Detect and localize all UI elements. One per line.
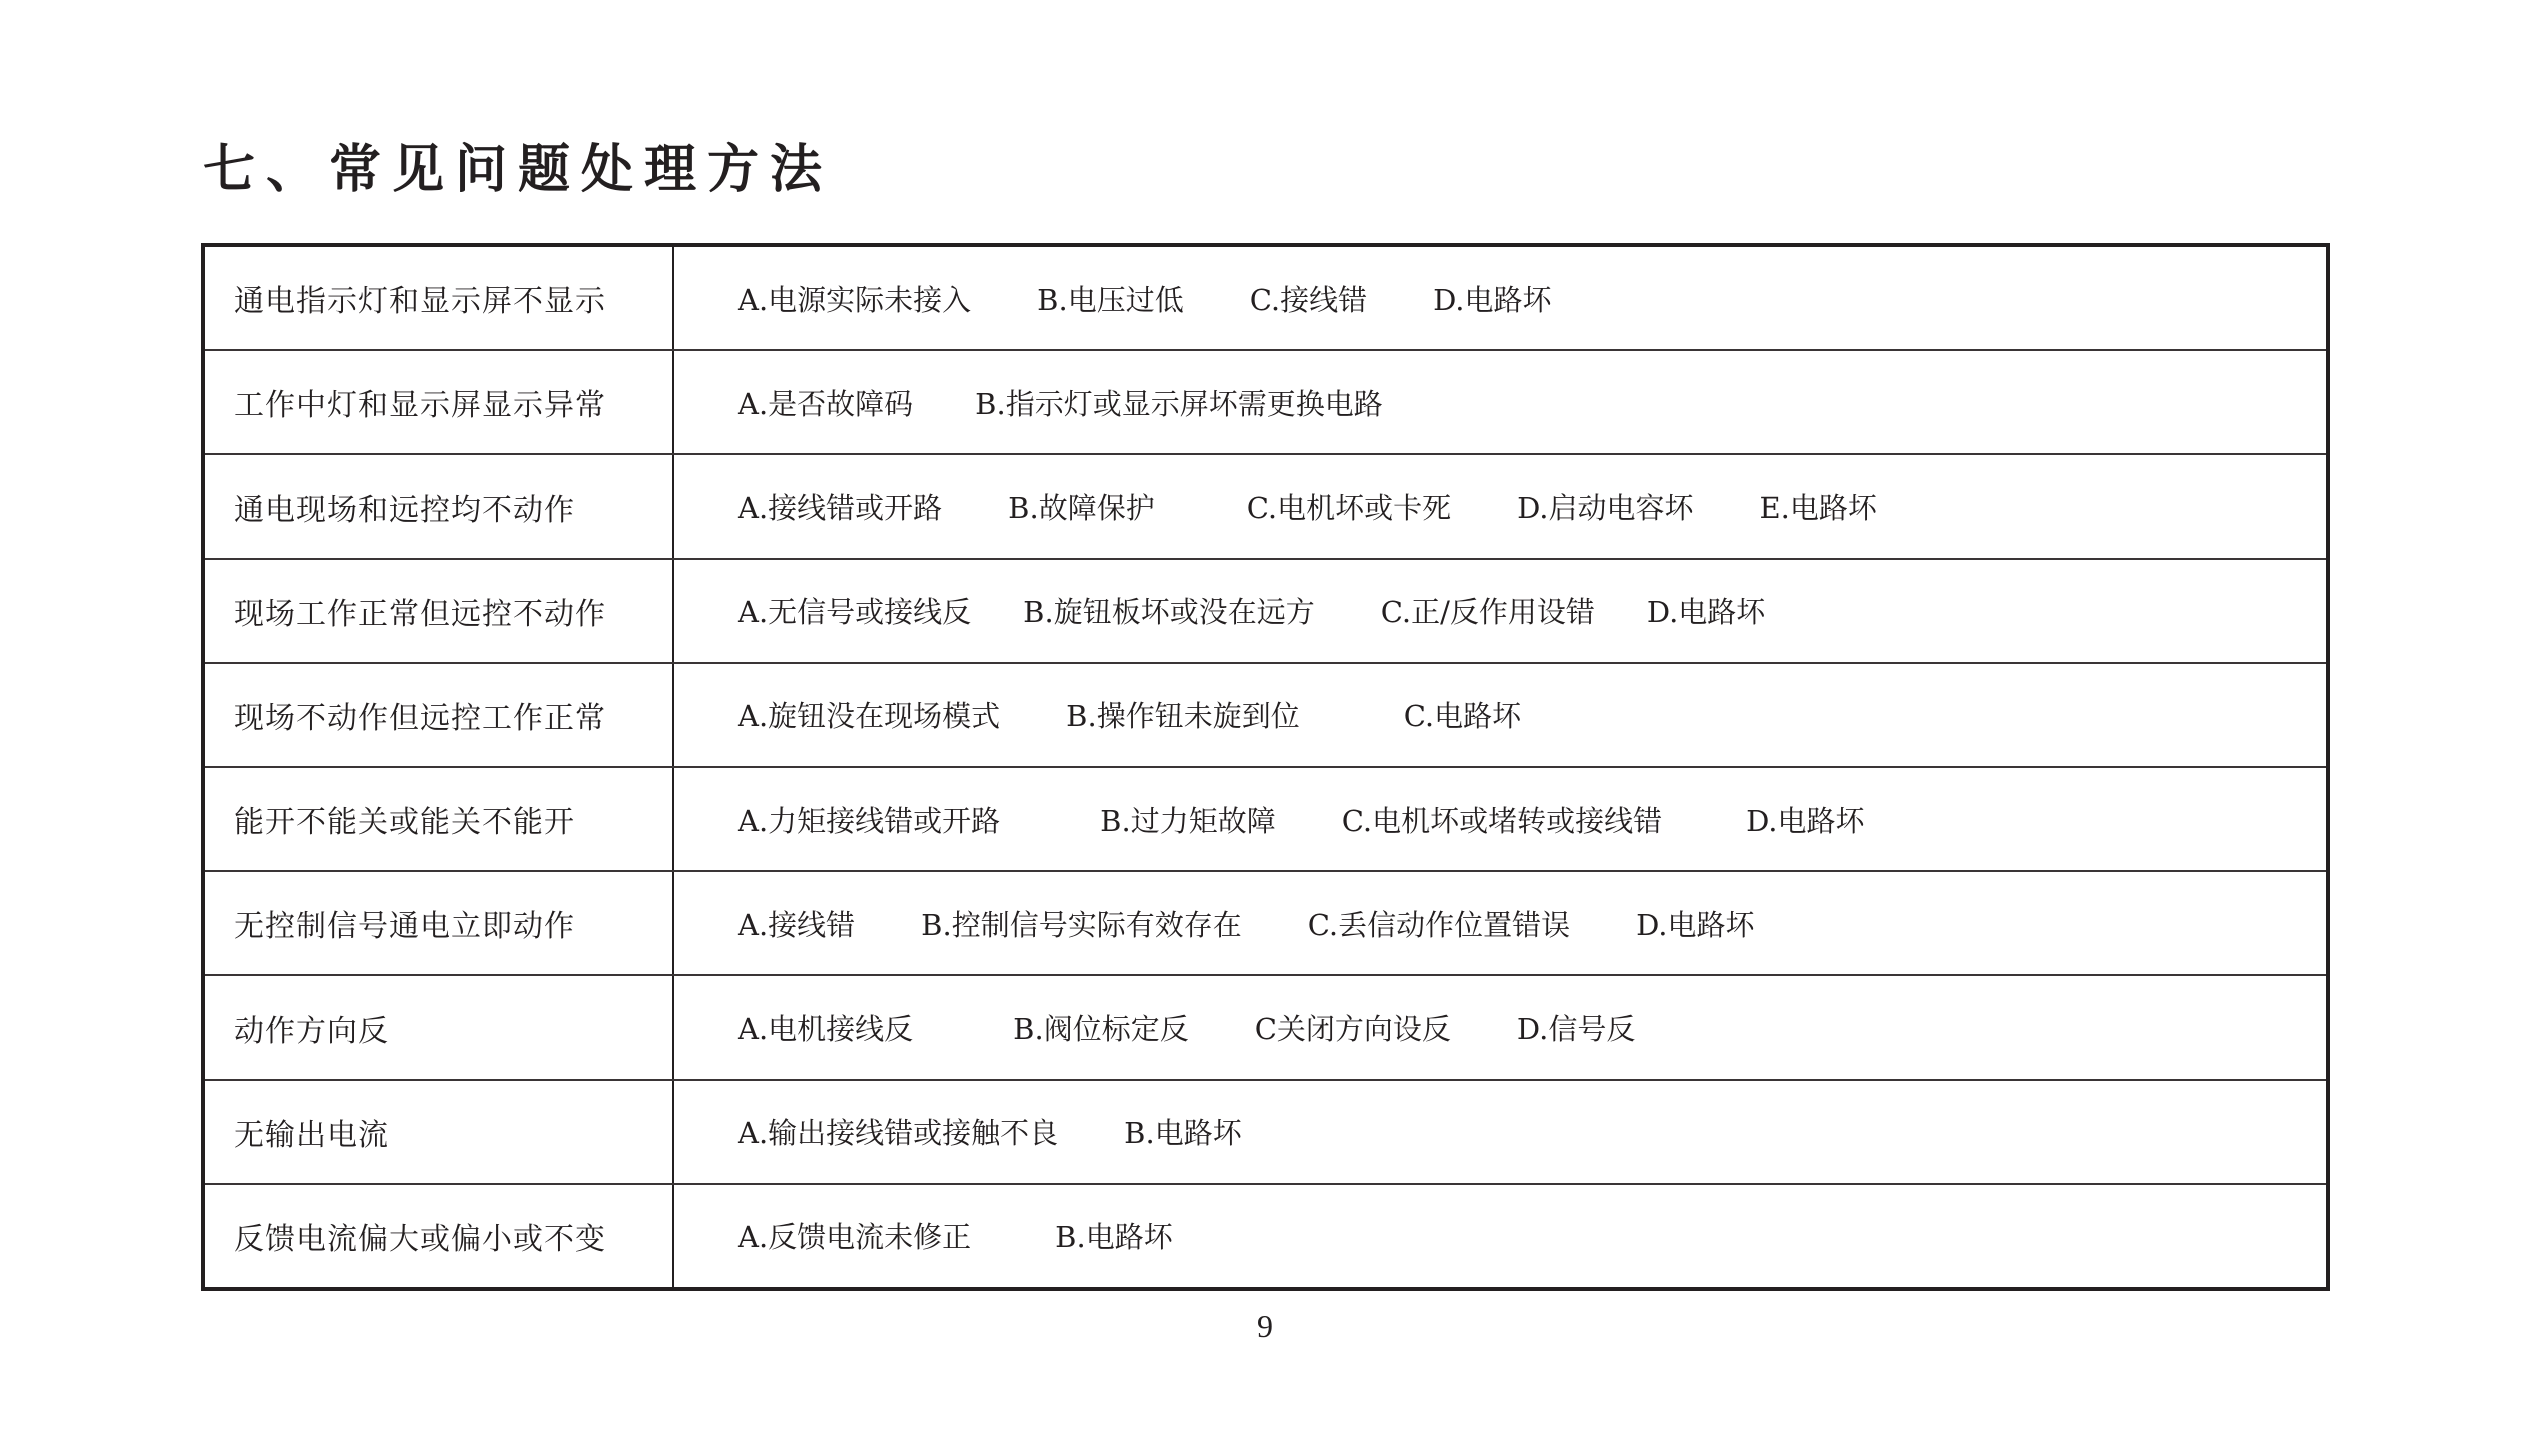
problem-cell: 无控制信号通电立即动作 [205,872,674,974]
cause-option: C.电机坏或卡死 [1247,486,1451,527]
troubleshooting-table: 通电指示灯和显示屏不显示 A.电源实际未接入 B.电压过低 C.接线错 D.电路… [201,243,2330,1291]
cause-option: C.电路坏 [1404,694,1521,735]
problem-cell: 现场工作正常但远控不动作 [205,560,674,662]
causes-cell: A.反馈电流未修正 B.电路坏 [674,1185,2326,1287]
page-number: 9 [1250,1308,1280,1345]
cause-option: A.力矩接线错或开路 [738,799,1000,840]
cause-option: C.正/反作用设错 [1381,590,1595,631]
cause-option: B.电路坏 [1055,1215,1173,1256]
causes-cell: A.电源实际未接入 B.电压过低 C.接线错 D.电路坏 [674,247,2326,349]
problem-cell: 通电现场和远控均不动作 [205,455,674,557]
cause-option: C.丢信动作位置错误 [1308,903,1570,944]
table-row: 动作方向反 A.电机接线反 B.阀位标定反 C关闭方向设反 D.信号反 [205,976,2326,1080]
table-row: 无输出电流 A.输出接线错或接触不良 B.电路坏 [205,1081,2326,1185]
cause-option: A.反馈电流未修正 [738,1215,971,1256]
table-row: 能开不能关或能关不能开 A.力矩接线错或开路 B.过力矩故障 C.电机坏或堵转或… [205,768,2326,872]
causes-cell: A.是否故障码 B.指示灯或显示屏坏需更换电路 [674,351,2326,453]
cause-option: A.是否故障码 [738,382,913,423]
cause-option: D.电路坏 [1647,590,1765,631]
cause-option: A.接线错或开路 [738,486,942,527]
causes-cell: A.无信号或接线反 B.旋钮板坏或没在远方 C.正/反作用设错 D.电路坏 [674,560,2326,662]
table-row: 通电指示灯和显示屏不显示 A.电源实际未接入 B.电压过低 C.接线错 D.电路… [205,247,2326,351]
cause-option: B.阀位标定反 [1013,1007,1189,1048]
section-title: 七、常见问题处理方法 [203,138,833,202]
table-row: 现场工作正常但远控不动作 A.无信号或接线反 B.旋钮板坏或没在远方 C.正/反… [205,560,2326,664]
cause-option: A.电源实际未接入 [738,278,971,319]
cause-option: A.电机接线反 [738,1007,913,1048]
cause-option: B.操作钮未旋到位 [1066,694,1300,735]
cause-option: B.控制信号实际有效存在 [921,903,1242,944]
problem-cell: 现场不动作但远控工作正常 [205,664,674,766]
cause-option: D.电路坏 [1636,903,1754,944]
problem-cell: 无输出电流 [205,1081,674,1183]
cause-option: A.旋钮没在现场模式 [738,694,1000,735]
causes-cell: A.接线错 B.控制信号实际有效存在 C.丢信动作位置错误 D.电路坏 [674,872,2326,974]
cause-option: A.输出接线错或接触不良 [738,1111,1058,1152]
problem-cell: 动作方向反 [205,976,674,1078]
cause-option: C关闭方向设反 [1255,1007,1451,1048]
causes-cell: A.接线错或开路 B.故障保护 C.电机坏或卡死 D.启动电容坏 E.电路坏 [674,455,2326,557]
problem-cell: 工作中灯和显示屏显示异常 [205,351,674,453]
causes-cell: A.旋钮没在现场模式 B.操作钮未旋到位 C.电路坏 [674,664,2326,766]
causes-cell: A.输出接线错或接触不良 B.电路坏 [674,1081,2326,1183]
cause-option: B.指示灯或显示屏坏需更换电路 [975,382,1383,423]
cause-option: D.信号反 [1517,1007,1635,1048]
cause-option: D.电路坏 [1433,278,1551,319]
table-row: 反馈电流偏大或偏小或不变 A.反馈电流未修正 B.电路坏 [205,1185,2326,1287]
cause-option: B.旋钮板坏或没在远方 [1023,590,1315,631]
table-row: 无控制信号通电立即动作 A.接线错 B.控制信号实际有效存在 C.丢信动作位置错… [205,872,2326,976]
cause-option: A.无信号或接线反 [738,590,971,631]
causes-cell: A.电机接线反 B.阀位标定反 C关闭方向设反 D.信号反 [674,976,2326,1078]
table-row: 现场不动作但远控工作正常 A.旋钮没在现场模式 B.操作钮未旋到位 C.电路坏 [205,664,2326,768]
cause-option: B.电压过低 [1037,278,1184,319]
problem-cell: 通电指示灯和显示屏不显示 [205,247,674,349]
cause-option: B.过力矩故障 [1100,799,1276,840]
table-row: 通电现场和远控均不动作 A.接线错或开路 B.故障保护 C.电机坏或卡死 D.启… [205,455,2326,559]
cause-option: B.电路坏 [1124,1111,1242,1152]
cause-option: E.电路坏 [1760,486,1877,527]
table-row: 工作中灯和显示屏显示异常 A.是否故障码 B.指示灯或显示屏坏需更换电路 [205,351,2326,455]
causes-cell: A.力矩接线错或开路 B.过力矩故障 C.电机坏或堵转或接线错 D.电路坏 [674,768,2326,870]
problem-cell: 能开不能关或能关不能开 [205,768,674,870]
cause-option: B.故障保护 [1008,486,1155,527]
cause-option: A.接线错 [738,903,855,944]
problem-cell: 反馈电流偏大或偏小或不变 [205,1185,674,1287]
cause-option: C.接线错 [1250,278,1367,319]
cause-option: D.电路坏 [1746,799,1864,840]
cause-option: C.电机坏或堵转或接线错 [1342,799,1662,840]
cause-option: D.启动电容坏 [1517,486,1693,527]
